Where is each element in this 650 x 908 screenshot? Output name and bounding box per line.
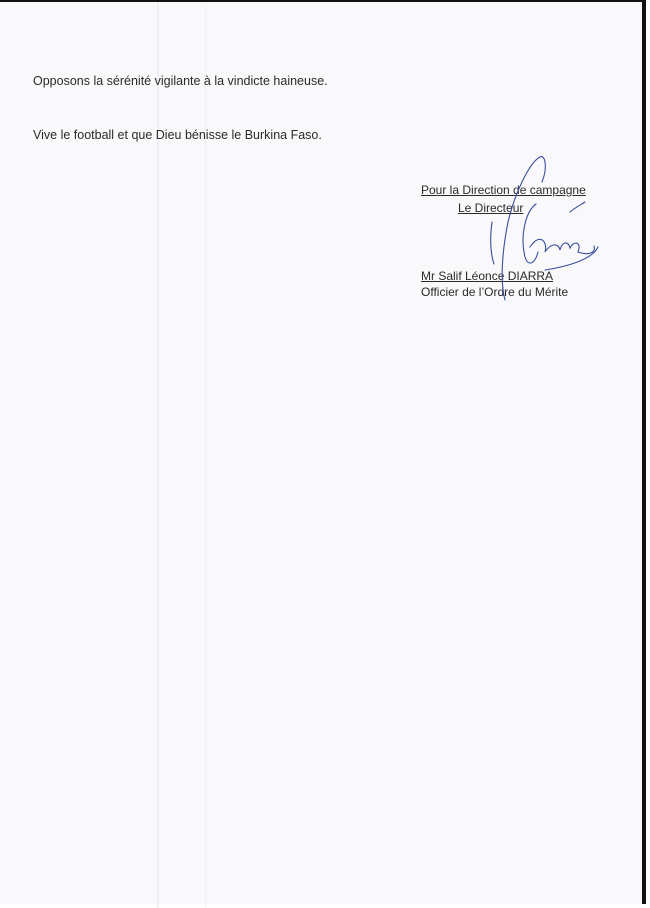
document-page: Opposons la sérénité vigilante à la vind… <box>0 0 646 904</box>
handwritten-signature-icon <box>470 152 610 302</box>
closing-paragraph-1: Opposons la sérénité vigilante à la vind… <box>33 74 328 88</box>
closing-paragraph-2: Vive le football et que Dieu bénisse le … <box>33 128 322 142</box>
